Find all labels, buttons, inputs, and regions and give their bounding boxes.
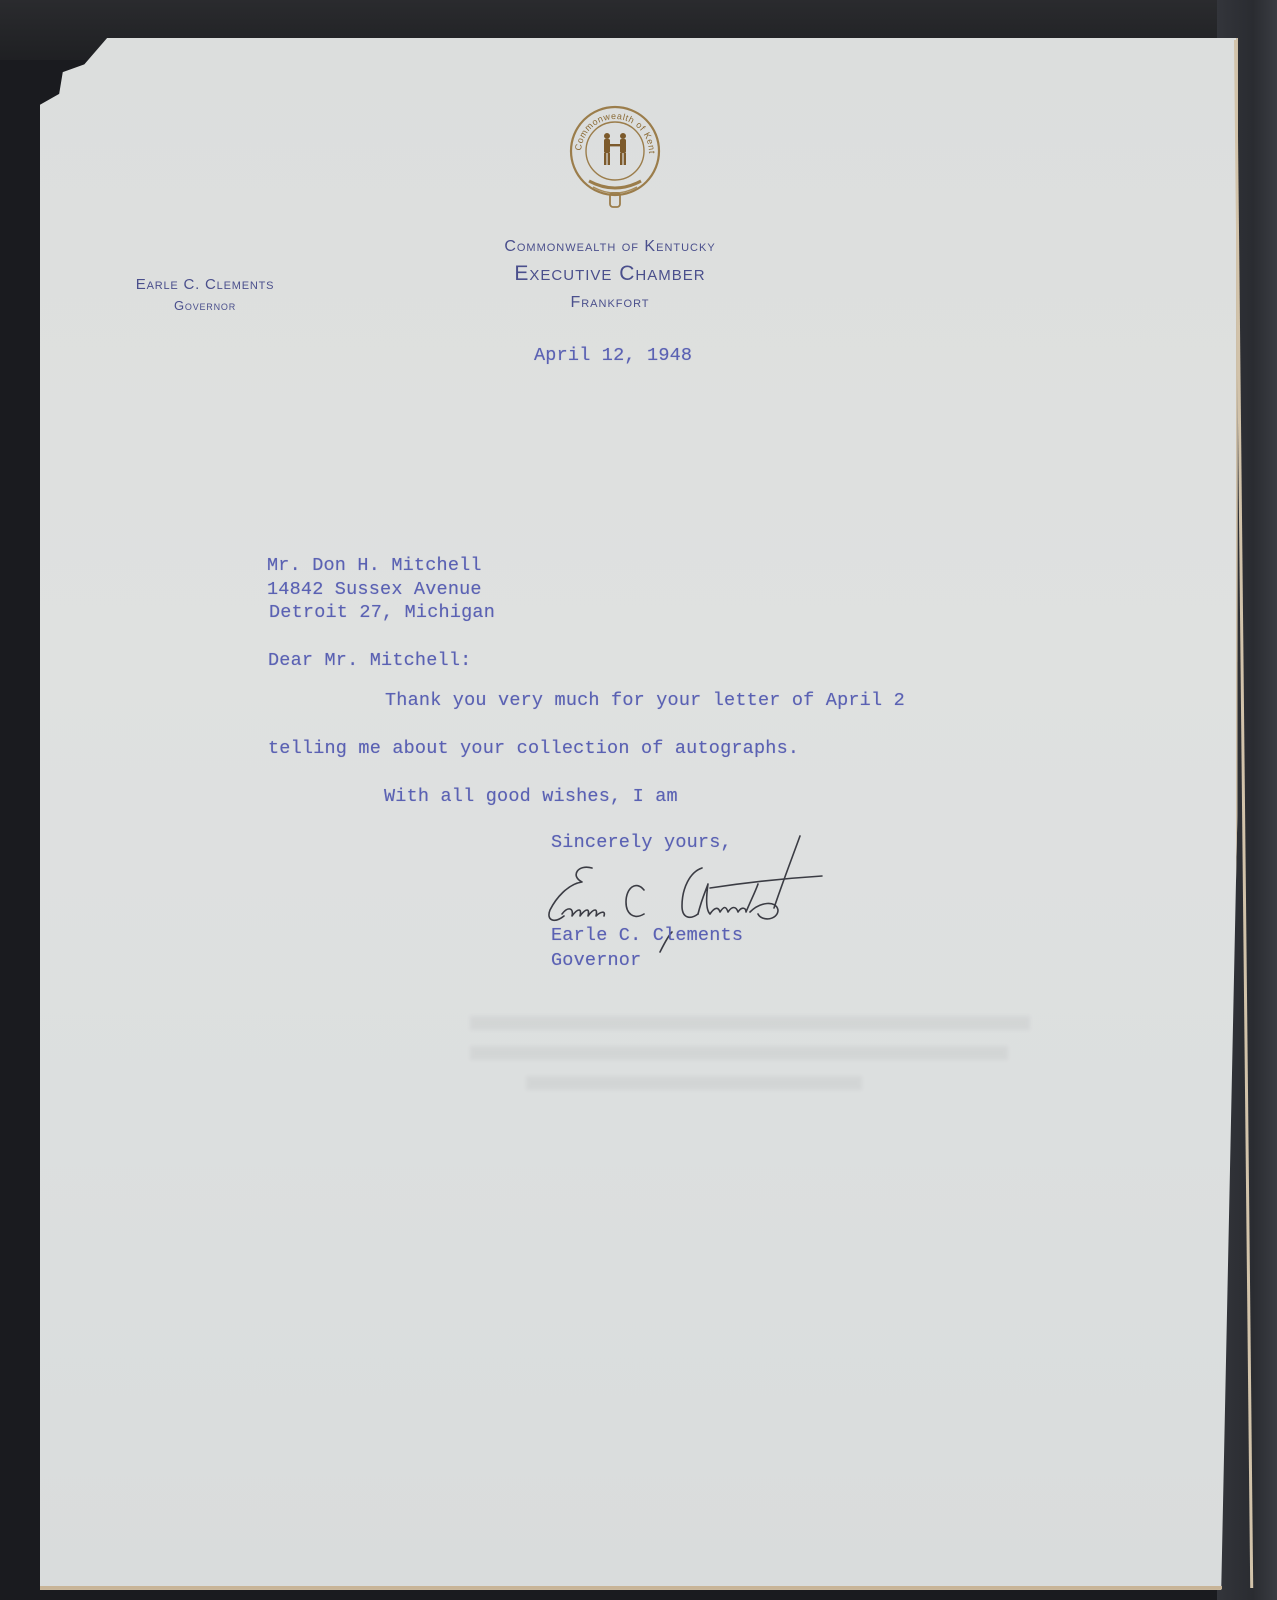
signer-name: Earle C. Clements: [551, 925, 743, 946]
recipient-name: Mr. Don H. Mitchell: [267, 555, 482, 576]
recipient-street: 14842 Sussex Avenue: [267, 579, 482, 600]
body-line: telling me about your collection of auto…: [268, 738, 799, 759]
letter-date: April 12, 1948: [534, 345, 692, 366]
letterhead-office: Executive Chamber: [440, 262, 780, 286]
letterhead-governor-name: Earle C. Clements: [100, 276, 310, 293]
letterhead-commonwealth: Commonwealth of Kentucky: [440, 238, 780, 256]
salutation: Dear Mr. Mitchell:: [268, 650, 471, 671]
kentucky-seal-icon: Commonwealth of Kentucky: [567, 103, 663, 211]
body-line: With all good wishes, I am: [384, 786, 678, 807]
body-line: Thank you very much for your letter of A…: [385, 690, 905, 711]
letterhead-governor-title: Governor: [100, 298, 310, 313]
signer-title: Governor: [551, 950, 641, 971]
closing: Sincerely yours,: [551, 832, 732, 853]
paper-edge-bottom: [40, 1586, 1222, 1589]
recipient-city-state: Detroit 27, Michigan: [269, 602, 495, 623]
letterhead-city: Frankfort: [440, 294, 780, 312]
